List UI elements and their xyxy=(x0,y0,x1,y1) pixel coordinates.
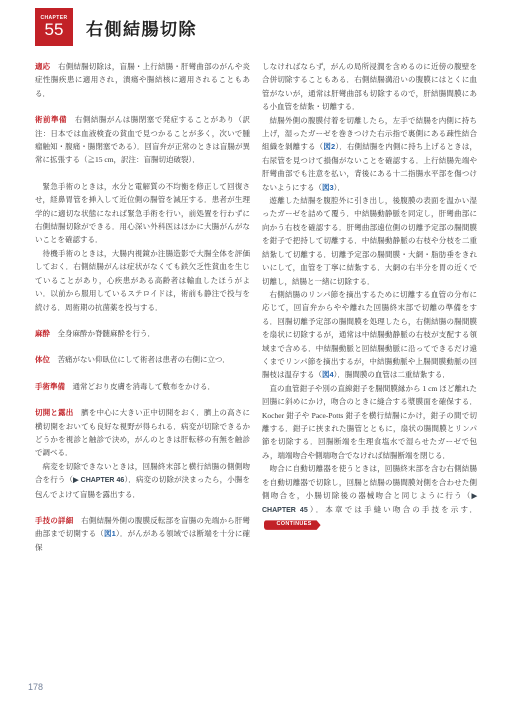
paragraph: 遊離した結腸を腹腔外に引き出し，後腹膜の表面を温かい湿ったガーゼを詰めて覆う．中… xyxy=(262,194,477,288)
figure-reference: 図1 xyxy=(104,529,116,538)
body-text: 緊急手術のときは，水分と電解質の不均衡を修正して回復させ，経鼻胃管を挿入して近位… xyxy=(35,182,250,245)
body-text: 右側結腸がんは腸閉塞で発症することがあり（訳注：日本では血液検査の貧血で見つかる… xyxy=(35,115,250,164)
chapter-reference: ▶ CHAPTER 46 xyxy=(73,477,124,484)
body-text: 遊離した結腸を腹腔外に引き出し，後腹膜の表面を温かい湿ったガーゼを詰めて覆う．中… xyxy=(262,196,477,285)
section-label: 切開と露出 xyxy=(35,408,73,417)
body-text: 吻合に自動切離器を使うときは，回腸終末部を含む右側結腸を自動切離器で切除し，回腸… xyxy=(262,464,477,500)
figure-reference: 図4 xyxy=(322,370,334,379)
body-text: ）．腸間膜の血管は二重結紮する． xyxy=(334,370,450,379)
paragraph: 病変を切除できないときは，回腸終末部と横行結腸の側側吻合を行う（▶ CHAPTE… xyxy=(35,460,250,501)
paragraph: 体位 苦痛がない仰臥位にして術者は患者の右側に立つ． xyxy=(35,353,250,366)
paragraph: 吻合に自動切離器を使うときは，回腸終末部を含む右側結腸を自動切離器で切除し，回腸… xyxy=(262,462,477,531)
paragraph: 手技の詳細 右側結腸外側の腹膜反転部を盲腸の先端から肝彎曲部まで切開する（図1）… xyxy=(35,514,250,554)
paragraph: 待機手術のときは，大腸内視鏡か注腸造影で大腸全体を評価しておく．右側結腸がんは症… xyxy=(35,247,250,314)
paragraph: 手術準備 通常どおり皮膚を消毒して敷布をかける． xyxy=(35,380,250,393)
figure-reference: 図3 xyxy=(322,183,334,192)
book-page: CHAPTER 55 右側結腸切除 適応 右側結腸切除は，盲腸・上行結腸・肝彎曲… xyxy=(0,0,509,720)
right-column: しなければならず，がんの局所浸潤を含めるのに近傍の腹壁を合併切除することもある．… xyxy=(262,60,477,554)
body-text: 苦痛がない仰臥位にして術者は患者の右側に立つ． xyxy=(50,355,230,364)
paragraph: 切開と露出 臍を中心に大きい正中切開をおく．臍上の高さに横切開をおいても良好な視… xyxy=(35,406,250,460)
paragraph: 右側結腸のリンパ節を摘出するために切離する血管の分布に応じて，回盲弁からやや離れ… xyxy=(262,288,477,382)
body-text: しなければならず，がんの局所浸潤を含めるのに近傍の腹壁を合併切除することもある．… xyxy=(262,62,477,111)
body-text: 待機手術のときは，大腸内視鏡か注腸造影で大腸全体を評価しておく．右側結腸がんは症… xyxy=(35,249,250,312)
section-label: 適応 xyxy=(35,62,50,71)
paragraph: 緊急手術のときは，水分と電解質の不均衡を修正して回復させ，経鼻胃管を挿入して近位… xyxy=(35,180,250,247)
body-text: 右側結腸切除は，盲腸・上行結腸・肝彎曲部のがんや炎症性腸疾患に適用され，潰瘍や腸… xyxy=(35,62,250,98)
paragraph: しなければならず，がんの局所浸潤を含めるのに近傍の腹壁を合併切除することもある．… xyxy=(262,60,477,114)
continues-badge: CONTINUES xyxy=(264,520,321,530)
body-text: ）． xyxy=(334,183,345,192)
section-label: 体位 xyxy=(35,355,50,364)
left-column: 適応 右側結腸切除は，盲腸・上行結腸・肝彎曲部のがんや炎症性腸疾患に適用され，潰… xyxy=(35,60,250,554)
body-text: ）．本章では手縫い吻合の手技を示す． xyxy=(308,505,477,514)
figure-reference: 図2 xyxy=(323,142,335,151)
body-text: 右側結腸のリンパ節を摘出するために切離する血管の分布に応じて，回盲弁からやや離れ… xyxy=(262,290,477,379)
page-number: 178 xyxy=(28,682,43,692)
section-label: 麻酔 xyxy=(35,329,50,338)
text-columns: 適応 右側結腸切除は，盲腸・上行結腸・肝彎曲部のがんや炎症性腸疾患に適用され，潰… xyxy=(35,60,477,554)
body-text: 全身麻酔か脊髄麻酔を行う． xyxy=(50,329,155,338)
section-label: 術前準備 xyxy=(35,115,67,124)
paragraph: 適応 右側結腸切除は，盲腸・上行結腸・肝彎曲部のがんや炎症性腸疾患に適用され，潰… xyxy=(35,60,250,100)
page-header: CHAPTER 55 右側結腸切除 xyxy=(35,8,197,46)
chapter-badge: CHAPTER 55 xyxy=(35,8,73,46)
paragraph: 麻酔 全身麻酔か脊髄麻酔を行う． xyxy=(35,327,250,340)
chapter-number: 55 xyxy=(45,21,64,39)
paragraph: 結腸外側の腹膜付着を切離したら，左手で結腸を内側に持ち上げ，湿ったガーゼを巻きつ… xyxy=(262,114,477,194)
paragraph: 直の血管鉗子や別の直線鉗子を腸間膜縁から 1 cm ほど離れた回腸に斜めにかけ，… xyxy=(262,382,477,462)
section-label: 手技の詳細 xyxy=(35,516,73,525)
body-text: 直の血管鉗子や別の直線鉗子を腸間膜縁から 1 cm ほど離れた回腸に斜めにかけ，… xyxy=(262,384,477,460)
body-text: 通常どおり皮膚を消毒して敷布をかける． xyxy=(65,382,215,391)
section-label: 手術準備 xyxy=(35,382,65,391)
paragraph: 術前準備 右側結腸がんは腸閉塞で発症することがあり（訳注：日本では血液検査の貧血… xyxy=(35,113,250,167)
page-title: 右側結腸切除 xyxy=(86,15,197,40)
